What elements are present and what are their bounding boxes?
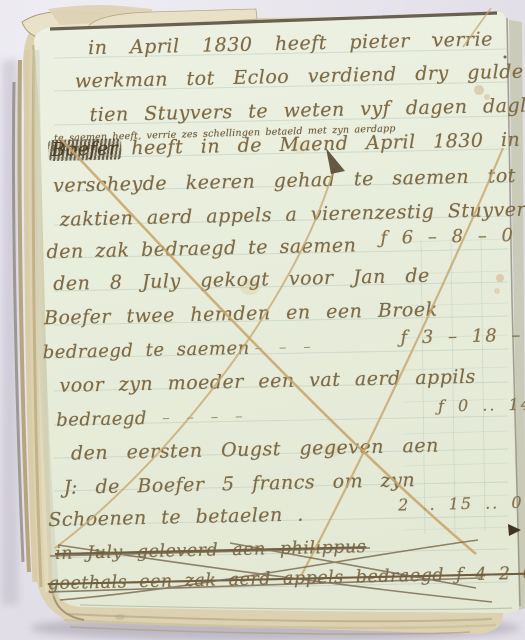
manuscript-line-14: J: de Boefer 5 francs om zyn [63, 470, 415, 499]
filler-dashes: – – – [254, 337, 316, 356]
ink-blotted-word: Boefer [48, 138, 121, 161]
manuscript-line-10: bedraegd te saemen [43, 338, 250, 364]
manuscript-line-2: werkman tot Ecloo verdiend dry gulden [75, 61, 525, 92]
amount-2-15-0: 2 .. 15 .. 0 .. [398, 492, 525, 514]
manuscript-line-3: tien Stuyvers te weten vyf dagen dagloon [89, 95, 525, 126]
manuscript-line-16-struck: in July geleverd aen philippus [55, 537, 367, 565]
manuscript-line-9: Boefer twee hemden en een Broek [44, 300, 438, 330]
manuscript-line-7: den zak bedraegd te saemen [46, 235, 356, 263]
manuscript-line-11: voor zyn moeder een vat aerd appils [59, 367, 476, 397]
amount-0-14-0: ƒ 0 .. 14 .. 0 .. [438, 393, 525, 416]
manuscript-line-8: den 8 July gekogt voor Jan de [53, 266, 430, 295]
manuscript-photo: in April 1830 heeft pieter verrie werkma… [0, 0, 525, 640]
handwriting-layer: in April 1830 heeft pieter verrie werkma… [35, 1, 525, 640]
manuscript-line-15: Schoenen te betaelen . [48, 505, 304, 532]
amount-3-18-3: ƒ 3 – 18 – 3 [400, 324, 525, 348]
filler-dashes: – – – – [162, 407, 249, 427]
manuscript-line-12: bedraegd [56, 408, 147, 431]
manuscript-line-1: in April 1830 heeft pieter verrie [88, 29, 493, 59]
manuscript-line-13: den eersten Ougst gegeven aen [71, 436, 439, 465]
manuscript-line-17-struck: goethals een zak aerd appels bedraegd ƒ … [48, 564, 525, 596]
amount-6-8-0: ƒ 6 – 8 – 0 [380, 225, 515, 249]
manuscript-line-5: verscheyde keeren gehad te saemen tot tw… [53, 164, 525, 197]
